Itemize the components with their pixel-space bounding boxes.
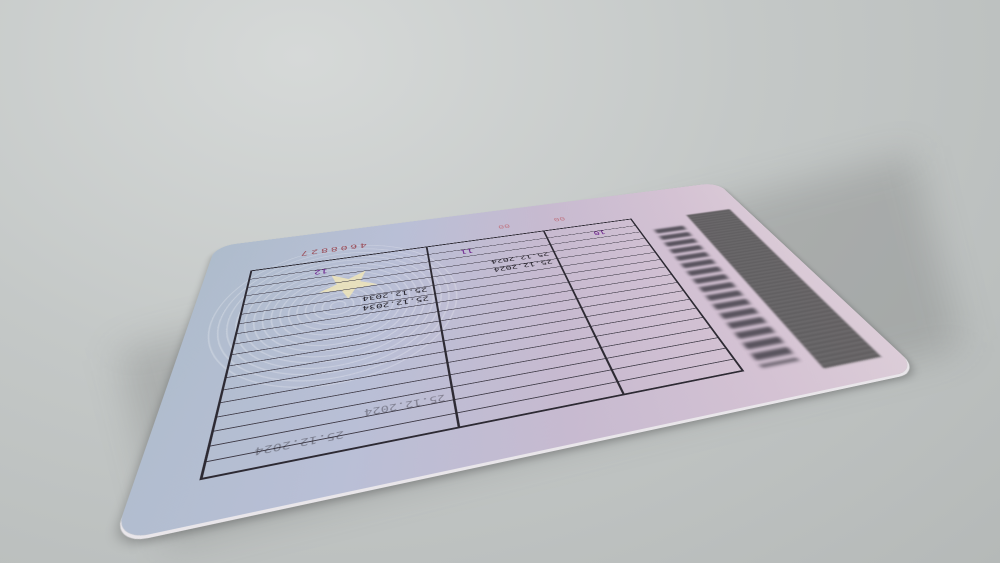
category-table: 25.12.2024 25.12.2024 25.12.2034 25.12.2… xyxy=(199,219,744,481)
photo-scene: 25.12.2024 25.12.2024 25.12.2034 25.12.2… xyxy=(0,0,1000,563)
red-mark: 00 xyxy=(497,223,511,230)
red-mark: 00 xyxy=(552,216,566,223)
